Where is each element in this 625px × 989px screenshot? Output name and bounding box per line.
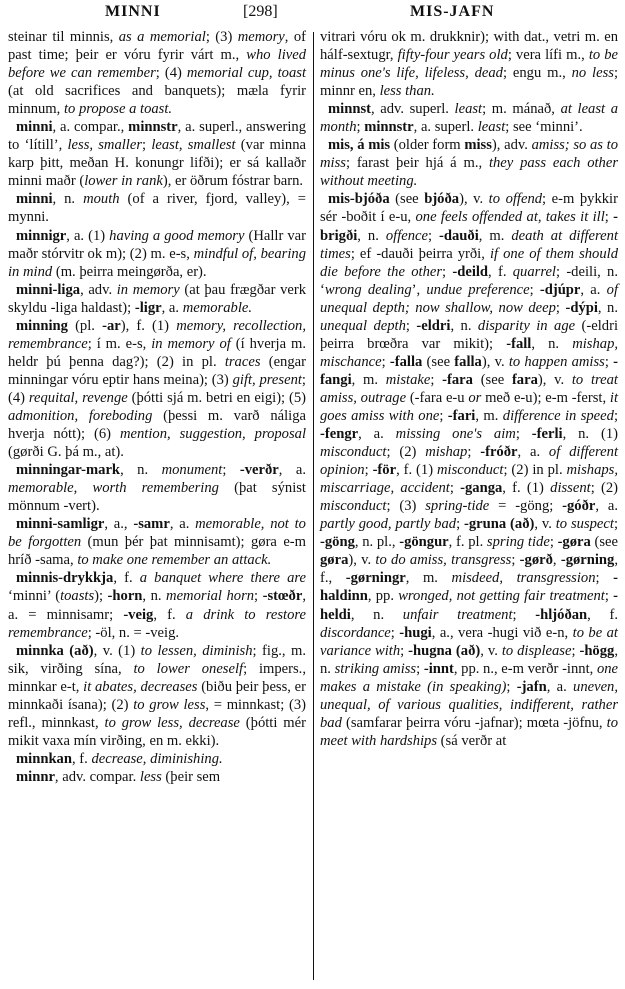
headword: -ligr	[135, 300, 162, 316]
entry-text: , adv. superl.	[371, 101, 455, 117]
headword: minnst	[328, 101, 371, 117]
entry-text: ;	[365, 462, 373, 478]
translation: partly good, partly bad	[320, 516, 456, 532]
entry-text: ), f. (1)	[121, 318, 176, 334]
translation: in memory	[117, 282, 180, 298]
entry-text: (þótti sjá m. betri en eigi); (5)	[128, 390, 306, 406]
headword: -veig	[123, 607, 153, 623]
entry-text: (samfarar þeirra vóru -jafnar); mœta -jö…	[342, 715, 607, 731]
entry-text: , a., vera -hugi við e-n,	[432, 625, 573, 641]
entry-text: );	[94, 588, 107, 604]
headword: -fengr	[320, 426, 358, 442]
translation: misconduct	[437, 462, 503, 478]
entry-text: ;	[400, 643, 408, 659]
headword: -dýpi	[565, 300, 597, 316]
translation: less	[140, 769, 162, 785]
headword: -ferli	[532, 426, 563, 442]
translation: memorable.	[183, 300, 252, 316]
entry-text: ;	[450, 480, 460, 496]
entry-text: ; (2) in pl.	[503, 462, 566, 478]
headword: -innt	[424, 661, 454, 677]
translation: to lessen, diminish	[141, 643, 253, 659]
translation: as a memorial	[119, 29, 206, 45]
entry-text: , v.	[534, 516, 555, 532]
translation: less, smaller	[67, 137, 142, 153]
entry-text: , m.	[406, 570, 452, 586]
entry-text: (þeir sem	[162, 769, 220, 785]
entry-text: , m.	[352, 372, 386, 388]
entry-text: ), er öðrum fóstrar barn.	[163, 173, 303, 189]
dictionary-entry: minnigr, a. (1) having a good memory (Ha…	[8, 227, 306, 281]
translation: memorial cup, toast	[187, 65, 306, 81]
translation: having a good memory	[109, 228, 244, 244]
dictionary-entry: mis-bjóða (see bjóða), v. to offend; e-m…	[320, 190, 618, 749]
entry-text: , n.	[142, 588, 166, 604]
translation: to offend	[489, 191, 542, 207]
translation: least	[478, 119, 506, 135]
entry-text: , a.	[170, 516, 195, 532]
translation: spring-tide	[425, 498, 489, 514]
headword: -gørningr	[346, 570, 406, 586]
page-number: [298]	[243, 3, 278, 21]
headword: -deild	[452, 264, 488, 280]
entry-text: ;	[516, 426, 532, 442]
entry-text: ;	[406, 318, 417, 334]
translation: to lower oneself	[133, 661, 243, 677]
headword: minni	[16, 191, 53, 207]
entry-text: ;	[439, 408, 447, 424]
entry-text: , adv. compar.	[55, 769, 140, 785]
entry-text: , pp.	[368, 588, 398, 604]
entry-text: , f.	[113, 570, 139, 586]
entry-text: ;	[142, 137, 151, 153]
entry-text: ;	[416, 661, 424, 677]
translation: striking amiss	[335, 661, 417, 677]
translation: mention, suggestion, proposal	[120, 426, 306, 442]
entry-text: , a. superl.	[414, 119, 478, 135]
dictionary-entry: minnkan, f. decrease, diminishing.	[8, 750, 306, 768]
translation: monument	[162, 462, 223, 478]
entry-text: ;	[506, 679, 516, 695]
translation: to grow less, decrease	[105, 715, 240, 731]
translation: toasts	[60, 588, 94, 604]
entry-text: , n.	[598, 300, 618, 316]
headword: mis, á mis	[328, 137, 390, 153]
translation: requital, revenge	[29, 390, 128, 406]
entry-text: ; (3)	[206, 29, 238, 45]
translation: a banquet where there are	[140, 570, 306, 586]
entry-text: (see	[473, 372, 512, 388]
running-header: MINNI [298] MIS-JAFN	[0, 0, 625, 24]
translation: discordance	[320, 625, 391, 641]
headword: minnigr	[16, 228, 66, 244]
entry-text: ;	[605, 354, 613, 370]
translation: memorial horn	[166, 588, 254, 604]
entry-text: , f.	[587, 607, 618, 623]
headword: -gørð	[520, 552, 553, 568]
entry-text: (sá verðr at	[437, 733, 506, 749]
entry-text: ;	[382, 354, 390, 370]
headword: miss	[464, 137, 492, 153]
entry-text: (see	[422, 354, 454, 370]
left-guide-word: MINNI	[105, 3, 161, 21]
entry-text: ;	[614, 408, 618, 424]
headword: -horn	[108, 588, 143, 604]
headword: -samr	[133, 516, 169, 532]
entry-text: , v. (1)	[94, 643, 141, 659]
translation: gift, present	[233, 372, 302, 388]
entry-text: (older form	[390, 137, 464, 153]
entry-text: með e-u); e-m -ferst,	[481, 390, 610, 406]
entry-text: , a.	[358, 426, 396, 442]
entry-text: ), v.	[538, 372, 572, 388]
entry-text: ; see ‘minni’.	[505, 119, 582, 135]
headword: minningar-mark	[16, 462, 120, 478]
headword: -fara	[442, 372, 473, 388]
entry-text: , n.	[120, 462, 162, 478]
entry-text: , n.	[450, 318, 477, 334]
translation: one feels offended at, takes it ill	[416, 209, 605, 225]
translation: least, smallest	[151, 137, 235, 153]
headword: -gruna (að)	[464, 516, 534, 532]
entry-text: , a.	[518, 444, 549, 460]
entry-text: ), v.	[459, 191, 489, 207]
translation: in memory of	[151, 336, 231, 352]
translation: mishap	[425, 444, 467, 460]
entry-text: (-fara e-u	[406, 390, 468, 406]
entry-text: , v.	[480, 643, 502, 659]
entry-text: ; -öl, n. = -veig.	[88, 625, 179, 641]
headword: -eldri	[416, 318, 450, 334]
entry-text: , n. pl.,	[355, 534, 399, 550]
translation: misdeed, transgression	[452, 570, 596, 586]
headword: -hljóðan	[535, 607, 587, 623]
entry-text: ), v.	[348, 552, 375, 568]
translation: spring tide	[487, 534, 550, 550]
headword: falla	[454, 354, 482, 370]
entry-text: ;	[550, 534, 558, 550]
translation: to make one remember an attack.	[77, 552, 271, 568]
headword: -göng	[320, 534, 355, 550]
entry-text: (see	[591, 534, 618, 550]
headword: minnr	[16, 769, 55, 785]
entry-text: , f.	[153, 607, 185, 623]
entry-text: , n.	[53, 191, 84, 207]
left-column: steinar til minnis, as a memorial; (3) m…	[8, 28, 306, 786]
translation: missing one's aim	[396, 426, 516, 442]
entry-text: , pp. n., e-m verðr -innt,	[454, 661, 597, 677]
translation: unequal depth	[320, 318, 406, 334]
entry-text: ’,	[412, 282, 427, 298]
entry-text: ;	[596, 570, 614, 586]
entry-text: , n.	[357, 228, 386, 244]
headword: gøra	[320, 552, 348, 568]
entry-text: , a.	[162, 300, 183, 316]
headword: -gøra	[558, 534, 591, 550]
entry-text: = -göng;	[489, 498, 562, 514]
dictionary-entry: minning (pl. -ar), f. (1) memory, recoll…	[8, 317, 306, 461]
translation: to displease	[502, 643, 572, 659]
entry-text: ), adv.	[492, 137, 532, 153]
column-divider	[313, 32, 314, 980]
entry-text: ), v.	[482, 354, 509, 370]
entry-text: ; (2)	[386, 444, 425, 460]
entry-text: , n.	[531, 336, 572, 352]
entry-text: (pl.	[68, 318, 102, 334]
entry-text: , m.	[475, 408, 502, 424]
entry-text: , a.	[580, 282, 606, 298]
entry-text: , adv.	[80, 282, 117, 298]
translation: to propose a toast.	[64, 101, 172, 117]
translation: offence	[386, 228, 428, 244]
translation: mistake	[386, 372, 431, 388]
dictionary-entry: minni, a. compar., minnstr, a. superl., …	[8, 118, 306, 190]
entry-text: ; farast þeir hjá á m.,	[346, 155, 489, 171]
entry-text: , f. (1)	[396, 462, 437, 478]
translation: wrong dealing	[325, 282, 412, 298]
translation: fifty-four years old	[398, 47, 508, 63]
translation: misconduct	[320, 444, 386, 460]
translation: undue preference	[426, 282, 529, 298]
translation: dissent	[550, 480, 591, 496]
entry-text: (m. þeirra meingørða, er).	[52, 264, 206, 280]
translation: mouth	[83, 191, 119, 207]
translation: difference in speed	[503, 408, 614, 424]
entry-text: , a.	[547, 679, 573, 695]
translation: lower in rank	[84, 173, 163, 189]
headword: minni-samligr	[16, 516, 104, 532]
entry-text: ‘minni’ (	[8, 588, 60, 604]
headword: -högg	[579, 643, 614, 659]
entry-text: , a. (1)	[66, 228, 109, 244]
entry-text: ; í m. e-s,	[88, 336, 152, 352]
translation: disparity in age	[478, 318, 575, 334]
headword: -jafn	[517, 679, 547, 695]
translation: it abates, decreases	[83, 679, 197, 695]
entry-text: , m.	[479, 228, 512, 244]
entry-text: ;	[467, 444, 480, 460]
translation: no less	[572, 65, 614, 81]
entry-text: ; (3)	[386, 498, 425, 514]
translation: wronged, not getting fair treatment	[398, 588, 605, 604]
right-guide-word: MIS-JAFN	[410, 3, 494, 21]
translation: traces	[225, 354, 261, 370]
translation: to grow less	[133, 697, 205, 713]
headword: minnis-drykkja	[16, 570, 113, 586]
headword: minnka (að)	[16, 643, 94, 659]
translation: quarrel	[513, 264, 556, 280]
translation: misconduct	[320, 498, 386, 514]
dictionary-entry: minnka (að), v. (1) to lessen, diminish;…	[8, 642, 306, 750]
headword: -göngur	[399, 534, 448, 550]
entry-text: , a.	[279, 462, 306, 478]
entry-text: ;	[513, 607, 536, 623]
headword: fara	[512, 372, 538, 388]
entry-text: steinar til minnis,	[8, 29, 119, 45]
translation: memory	[238, 29, 285, 45]
headword: minnstr	[364, 119, 413, 135]
headword: -falla	[390, 354, 422, 370]
entry-text: , n. (1)	[563, 426, 618, 442]
translation: least	[455, 101, 483, 117]
headword: -för	[373, 462, 397, 478]
headword: -fróðr	[480, 444, 517, 460]
dictionary-entry: mis, á mis (older form miss), adv. amiss…	[320, 136, 618, 190]
headword: -gørning	[561, 552, 615, 568]
dictionary-entry: minni-liga, adv. in memory (at þau frægð…	[8, 281, 306, 317]
headword: minni	[16, 119, 53, 135]
headword: -djúpr	[540, 282, 581, 298]
dictionary-entry: minni-samligr, a., -samr, a. memorable, …	[8, 515, 306, 569]
entry-text: ;	[530, 282, 540, 298]
entry-text: (gørði G. þá m., at).	[8, 444, 124, 460]
headword: -hugna (að)	[408, 643, 480, 659]
entry-text: ;	[442, 264, 452, 280]
headword: -fall	[506, 336, 531, 352]
dictionary-entry: minningar-mark, n. monument; -verðr, a. …	[8, 461, 306, 515]
dictionary-entry: minnis-drykkja, f. a banquet where there…	[8, 569, 306, 641]
entry-text: ; vera lífi m.,	[508, 47, 589, 63]
headword: -hugi	[399, 625, 431, 641]
entry-continuation: vitrari vóru ok m. drukknir); with dat.,…	[320, 28, 618, 100]
headword: bjóða	[424, 191, 459, 207]
dictionary-entry: minni, n. mouth (of a river, fjord, vall…	[8, 190, 306, 226]
entry-text: , a.	[595, 498, 618, 514]
headword: mis-bjóða	[328, 191, 390, 207]
entry-text: , f.	[488, 264, 513, 280]
entry-text: ; m. mánað,	[482, 101, 560, 117]
entry-text: ; (2)	[591, 480, 618, 496]
headword: minnkan	[16, 751, 72, 767]
entry-text: ;	[456, 516, 464, 532]
translation: admonition, foreboding	[8, 408, 152, 424]
headword: -ar	[102, 318, 121, 334]
dictionary-entry: minnr, adv. compar. less (þeir sem	[8, 768, 306, 786]
headword: minnstr	[128, 119, 177, 135]
translation: memorable, worth remembering	[8, 480, 219, 496]
headword: -stœðr	[263, 588, 303, 604]
entry-text: , f.	[72, 751, 91, 767]
right-column: vitrari vóru ok m. drukknir); with dat.,…	[320, 28, 618, 750]
entry-text: , f. pl.	[449, 534, 487, 550]
entry-text: ; engu m.,	[503, 65, 572, 81]
entry-text: , n.	[351, 607, 403, 623]
headword: -dauði	[439, 228, 479, 244]
entry-text: ; ef -dauði þeirra yrði,	[351, 246, 490, 262]
translation: to do amiss, transgress	[375, 552, 511, 568]
entry-text: ;	[430, 372, 442, 388]
entry-text: , a. compar.,	[53, 119, 129, 135]
entry-text: ;	[511, 552, 519, 568]
entry-text: (see	[390, 191, 425, 207]
headword: -ganga	[460, 480, 502, 496]
entry-text: ; (4)	[156, 65, 187, 81]
entry-continuation: steinar til minnis, as a memorial; (3) m…	[8, 28, 306, 118]
translation: or	[468, 390, 481, 406]
headword: -góðr	[562, 498, 595, 514]
entry-text: ;	[428, 228, 439, 244]
entry-text: ;	[605, 209, 613, 225]
entry-text: , a.,	[104, 516, 133, 532]
dictionary-entry: minnst, adv. superl. least; m. mánað, at…	[320, 100, 618, 136]
entry-text: ;	[222, 462, 240, 478]
translation: unfair treatment	[403, 607, 513, 623]
translation: decrease, diminishing.	[91, 751, 222, 767]
translation: to suspect	[556, 516, 614, 532]
entry-text: ;	[605, 588, 613, 604]
entry-text: ;	[254, 588, 263, 604]
headword: -fari	[448, 408, 476, 424]
translation: less than.	[380, 83, 435, 99]
translation: to happen amiss	[509, 354, 605, 370]
entry-text: , f. (1)	[502, 480, 550, 496]
headword: minni-liga	[16, 282, 80, 298]
headword: -verðr	[240, 462, 279, 478]
entry-text: ;	[614, 516, 618, 532]
headword: minning	[16, 318, 68, 334]
entry-text: ,	[553, 552, 561, 568]
